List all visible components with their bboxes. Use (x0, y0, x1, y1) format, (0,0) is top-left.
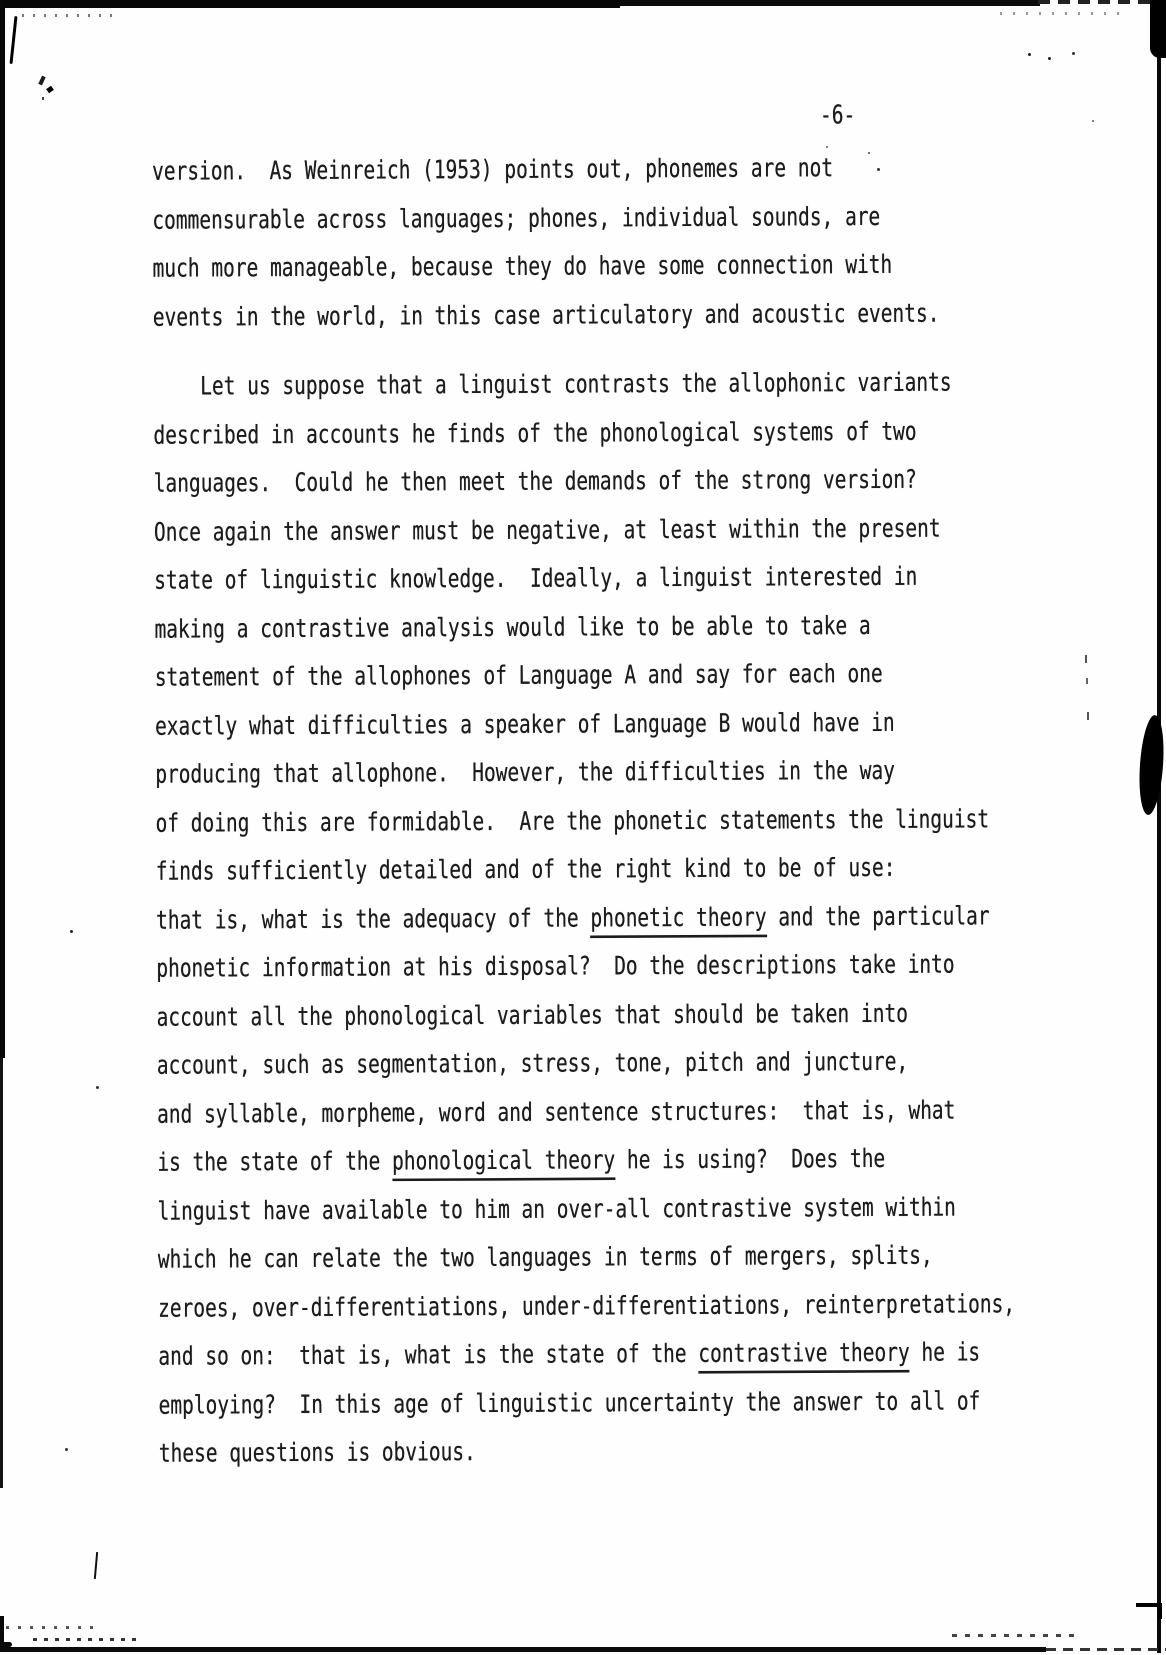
scan-artifact-left-edge (0, 1058, 3, 1488)
text-segment: these questions is obvious. (159, 1437, 476, 1469)
text-segment: that is, what is the adequacy of the (156, 903, 591, 935)
scan-artifact-dots (1000, 12, 1128, 15)
underlined-phrase: contrastive theory (698, 1337, 910, 1373)
scan-artifact-bottom-bar (0, 1647, 1046, 1652)
scan-artifact-tick (42, 97, 44, 100)
scan-artifact-corner (1150, 0, 1166, 58)
document-body: version. As Weinreich (1953) points out,… (152, 143, 1039, 1478)
text-segment: finds sufficiently detailed and of the r… (156, 852, 896, 886)
scan-artifact-top-bar (0, 0, 620, 8)
text-segment: of doing this are formidable. Are the ph… (155, 803, 989, 837)
text-segment: state of linguistic knowledge. Ideally, … (154, 561, 917, 595)
text-segment: he is using? Does the (615, 1144, 885, 1175)
text-segment: statement of the allophones of Language … (155, 659, 883, 693)
scan-artifact-tick (38, 76, 45, 86)
text-segment: phonetic information at his disposal? Do… (156, 949, 954, 983)
scan-artifact-right-edge (1157, 3, 1161, 1653)
scan-artifact-dots (22, 14, 118, 17)
scan-artifact-mark (0, 1642, 12, 1647)
text-segment: commensurable across languages; phones, … (152, 201, 880, 235)
text-segment: version. As Weinreich (1953) points out,… (152, 153, 833, 186)
text-segment: he is (910, 1337, 981, 1367)
text-segment: exactly what difficulties a speaker of L… (155, 707, 895, 741)
text-segment: much more manageable, because they do ha… (153, 249, 893, 283)
scan-artifact-dot (70, 930, 73, 933)
underlined-phrase: phonetic theory (590, 902, 766, 938)
text-segment: events in the world, in this case articu… (153, 298, 940, 332)
scan-artifact-mark (1136, 1603, 1162, 1619)
scan-artifact-dot (1072, 52, 1075, 55)
text-segment: linguist have available to him an over-a… (157, 1192, 955, 1226)
text-segment: which he can relate the two languages in… (158, 1240, 933, 1274)
text-segment: languages. Could he then meet the demand… (154, 464, 917, 498)
scan-artifact-left-edge (0, 0, 5, 1058)
text-segment: producing that allophone. However, the d… (155, 755, 895, 789)
text-segment: making a contrastive analysis would like… (154, 610, 870, 644)
scan-artifact-pen-stroke (94, 1552, 98, 1579)
underlined-phrase: phonological theory (392, 1145, 615, 1181)
text-segment: Once again the answer must be negative, … (154, 513, 941, 547)
text-segment: account all the phonological variables t… (156, 998, 908, 1032)
scan-artifact-dots (33, 1638, 143, 1641)
paragraph: Let us suppose that a linguist contrasts… (153, 358, 1039, 1478)
text-segment: and so on: that is, what is the state of… (158, 1338, 698, 1371)
scanned-page: -6- version. As Weinreich (1953) points … (0, 0, 1166, 1655)
scan-artifact-dot (1048, 57, 1051, 60)
text-segment: and the particular (766, 900, 989, 931)
text-line: these questions is obvious. (159, 1418, 1039, 1486)
text-line: events in the world, in this case articu… (153, 282, 1033, 350)
scan-artifact-dot (1028, 53, 1031, 56)
scan-artifact-dots (952, 1634, 1077, 1637)
scan-artifact-dash (1087, 712, 1089, 720)
scan-artifact-top-dashes (1038, 0, 1166, 4)
text-segment: described in accounts he finds of the ph… (153, 416, 916, 450)
text-segment: Let us suppose that a linguist contrasts… (153, 367, 951, 401)
scan-artifact-dot (65, 1448, 68, 1451)
scan-artifact-ink-blob (1137, 714, 1166, 815)
scan-artifact-pen-stroke (9, 16, 17, 64)
paragraph: version. As Weinreich (1953) points out,… (152, 143, 1033, 342)
text-segment: zeroes, over-differentiations, under-dif… (158, 1288, 1015, 1322)
scan-artifact-tick (46, 86, 54, 94)
scan-artifact-dot (96, 1086, 99, 1089)
text-segment: and syllable, morpheme, word and sentenc… (157, 1095, 955, 1129)
text-segment: is the state of the (157, 1146, 392, 1177)
scan-artifact-dot (1092, 120, 1094, 122)
scan-artifact-dots (6, 1626, 98, 1629)
text-segment: account, such as segmentation, stress, t… (157, 1046, 909, 1080)
scan-artifact-dash (1086, 678, 1088, 684)
scan-artifact-dash (1085, 655, 1087, 663)
text-segment: employing? In this age of linguistic unc… (159, 1386, 981, 1420)
scan-artifact-bottom-dashes (1046, 1648, 1166, 1651)
scan-artifact-top-bar (620, 0, 1040, 6)
